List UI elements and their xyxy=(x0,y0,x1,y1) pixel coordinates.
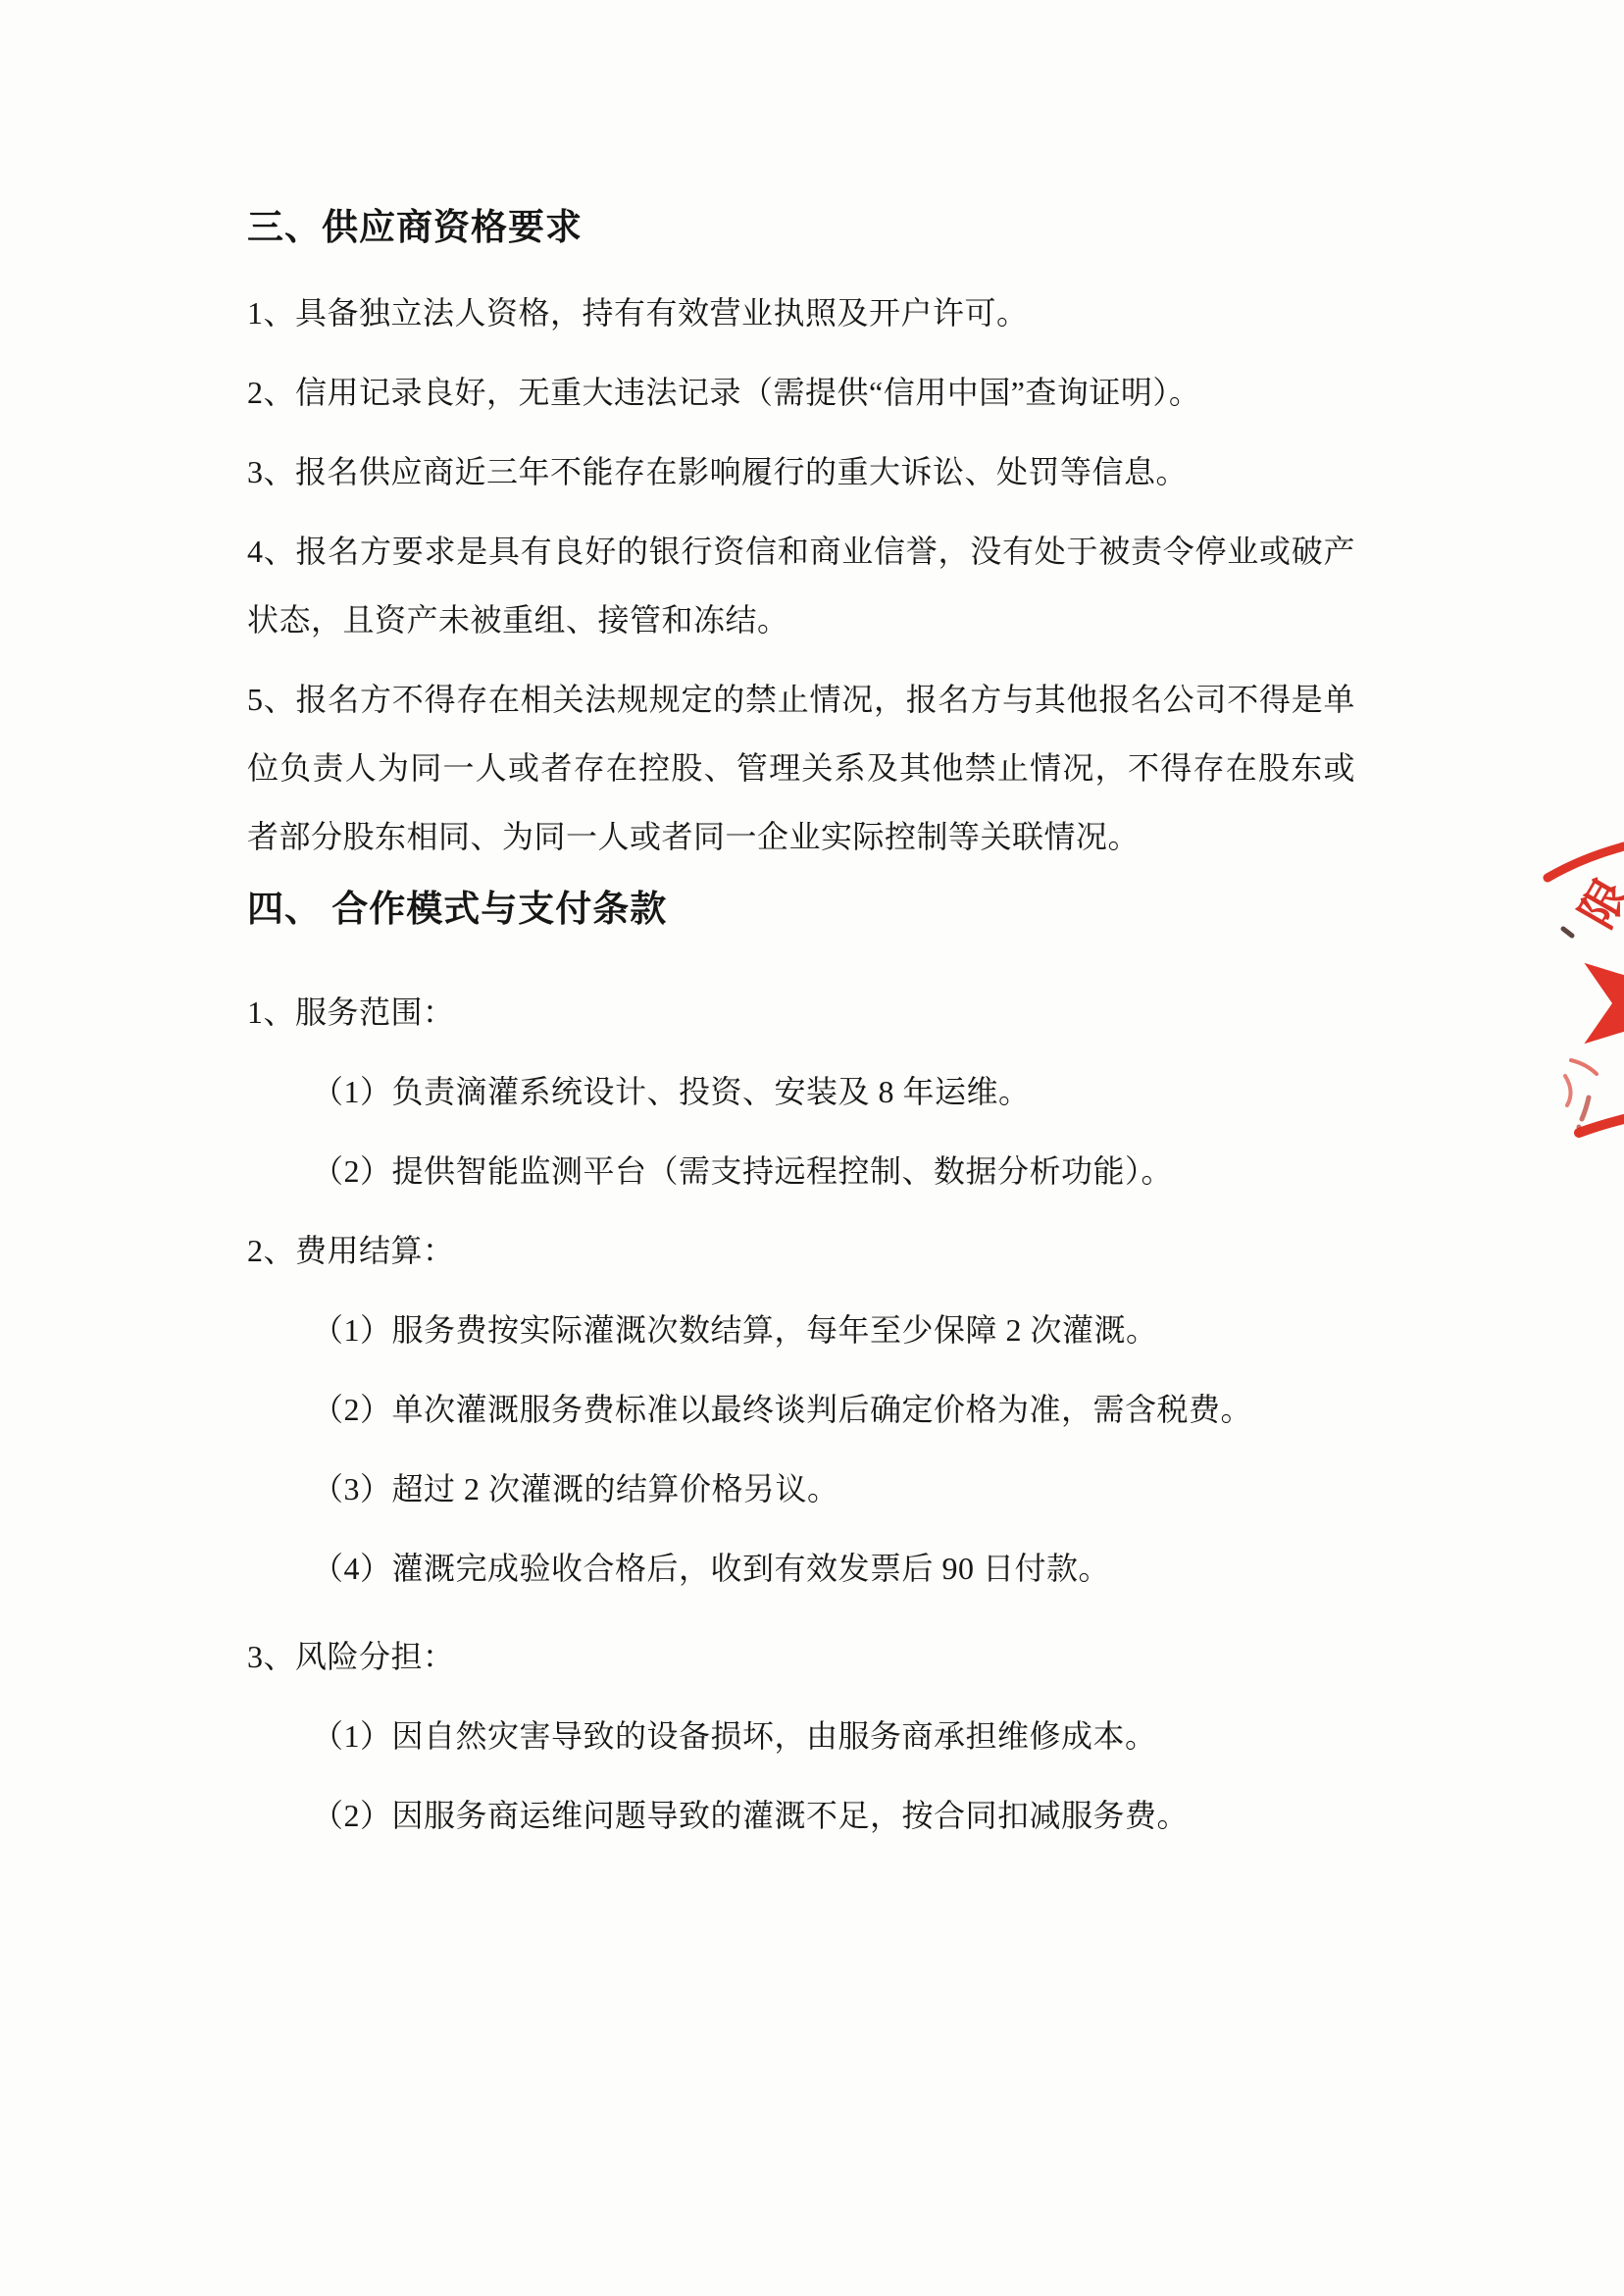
seal-bottom-arc xyxy=(1579,1119,1624,1133)
seal-faint-stroke xyxy=(1565,1076,1571,1105)
sec3-item-5: 5、报名方不得存在相关法规规定的禁止情况，报名方与其他报名公司不得是单位负责人为… xyxy=(247,665,1355,871)
seal-faint-stroke xyxy=(1582,1097,1589,1119)
sec4-item-2-sub-3: （3）超过 2 次灌溉的结算价格另议。 xyxy=(247,1454,1355,1523)
sec3-item-2: 2、信用记录良好，无重大违法记录（需提供“信用中国”查询证明）。 xyxy=(247,358,1355,427)
sec4-item-1-sub-1: （1）负责滴灌系统设计、投资、安装及 8 年运维。 xyxy=(247,1057,1355,1126)
stray-mark xyxy=(1563,929,1572,936)
seal-star-icon xyxy=(1584,938,1624,1068)
document-body: 三、供应商资格要求 1、具备独立法人资格，持有有效营业执照及开户许可。 2、信用… xyxy=(247,203,1355,1861)
sec4-item-3-sub-1: （1）因自然灾害导致的设备损坏，由服务商承担维修成本。 xyxy=(247,1702,1355,1770)
sec4-item-3-sub-2: （2）因服务商运维问题导致的灌溉不足，按合同扣减服务费。 xyxy=(247,1781,1355,1850)
seal-top-arc xyxy=(1548,846,1624,878)
sec4-item-2-sub-2: （2）单次灌溉服务费标准以最终谈判后确定价格为准，需含税费。 xyxy=(247,1375,1355,1444)
sec4-item-3: 3、风险分担： xyxy=(247,1622,1355,1691)
section-4-heading: 四、 合作模式与支付条款 xyxy=(247,885,1355,936)
sec3-item-4: 4、报名方要求是具有良好的银行资信和商业信誉，没有处于被责令停业或破产状态，且资… xyxy=(247,517,1355,654)
red-seal-fragment-icon: 限 xyxy=(1461,819,1624,1152)
sec3-item-3: 3、报名供应商近三年不能存在影响履行的重大诉讼、处罚等信息。 xyxy=(247,437,1355,506)
sec4-item-2-sub-1: （1）服务费按实际灌溉次数结算，每年至少保障 2 次灌溉。 xyxy=(247,1296,1355,1364)
sec4-item-2: 2、费用结算： xyxy=(247,1216,1355,1285)
sec4-item-1-sub-2: （2）提供智能监测平台（需支持远程控制、数据分析功能）。 xyxy=(247,1137,1355,1205)
sec3-item-1: 1、具备独立法人资格，持有有效营业执照及开户许可。 xyxy=(247,279,1355,347)
seal-faint-stroke xyxy=(1571,1060,1597,1074)
section-3-heading: 三、供应商资格要求 xyxy=(247,203,1355,254)
sec4-item-2-sub-4: （4）灌溉完成验收合格后，收到有效发票后 90 日付款。 xyxy=(247,1534,1355,1603)
sec4-item-1: 1、服务范围： xyxy=(247,978,1355,1046)
seal-character: 限 xyxy=(1572,871,1624,937)
document-page: 三、供应商资格要求 1、具备独立法人资格，持有有效营业执照及开户许可。 2、信用… xyxy=(0,0,1624,2296)
